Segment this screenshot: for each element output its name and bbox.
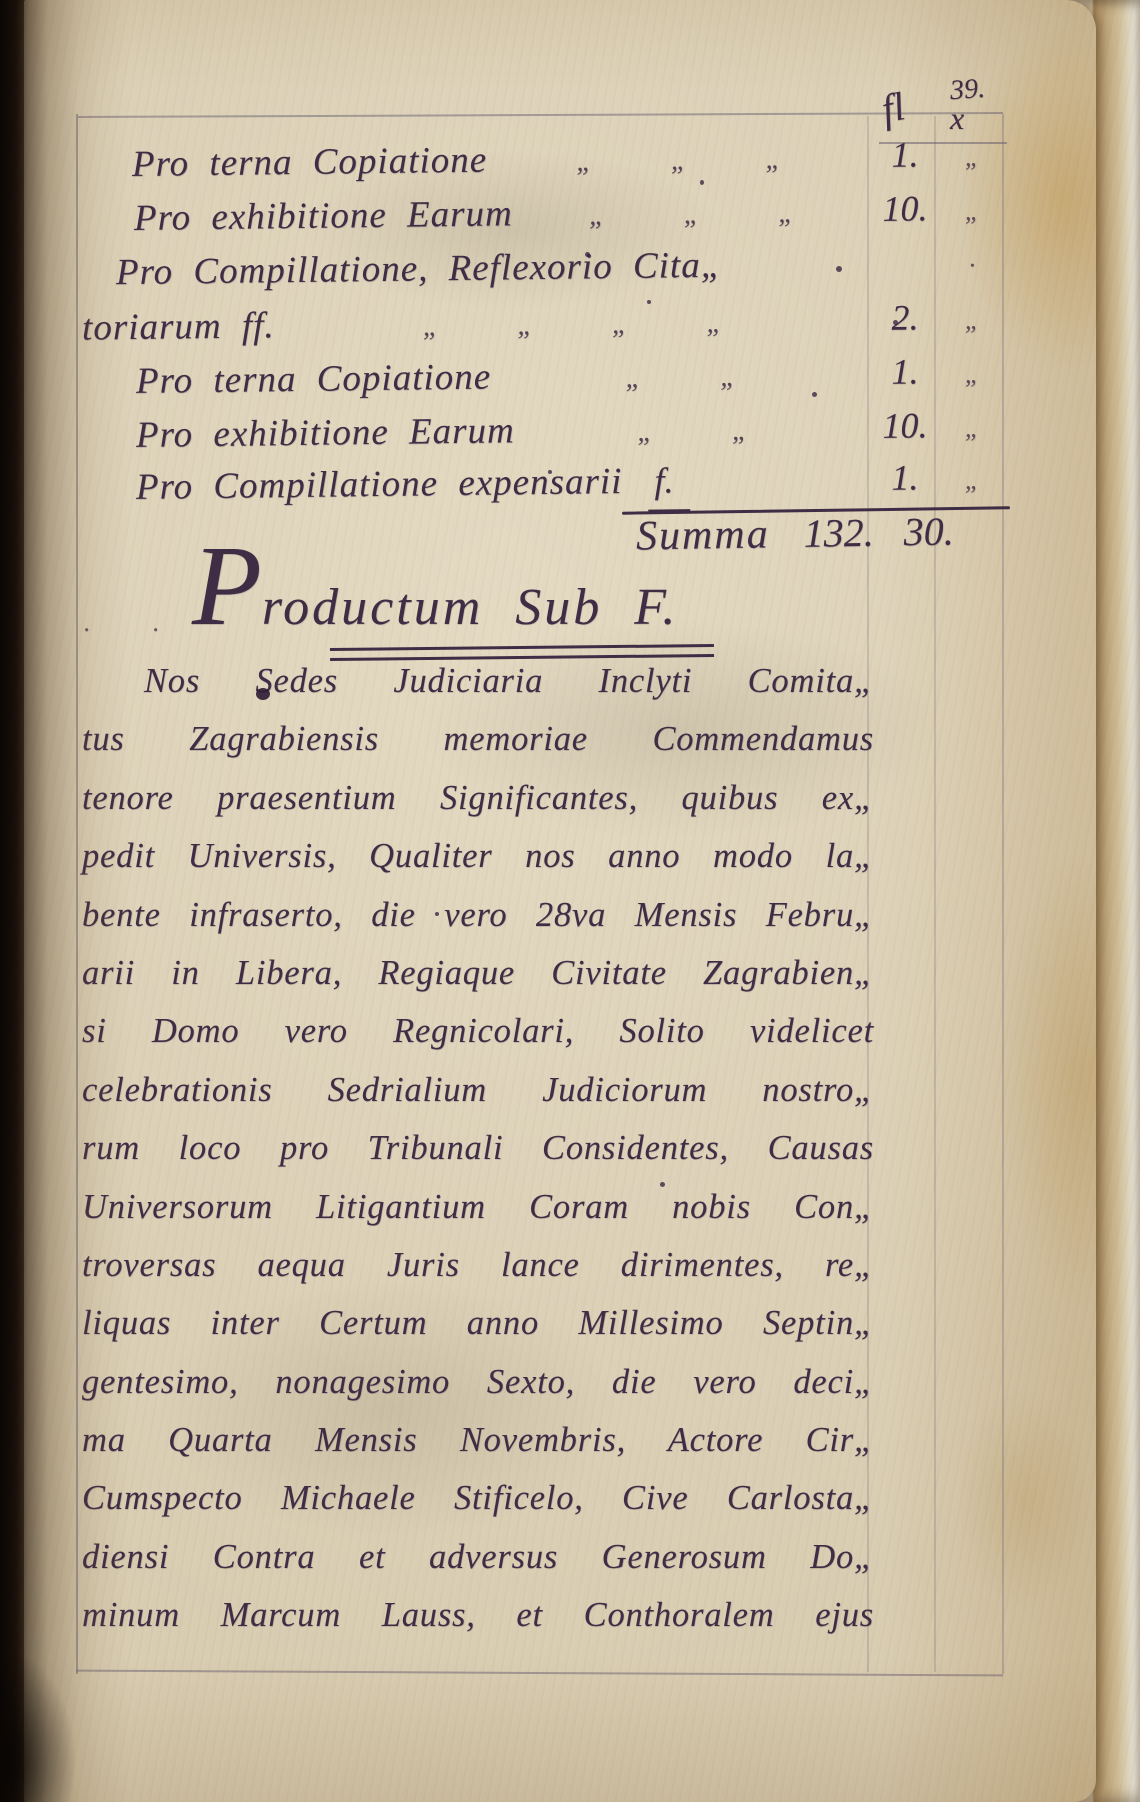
florin-amount: 2. (870, 296, 941, 339)
kreuzer-amount: „ (940, 413, 1004, 444)
kreuzer-amount: „ (940, 196, 1004, 227)
manuscript-line: pedit Universis, Qualiter nos anno modo … (82, 827, 874, 885)
ditto-marks (722, 275, 870, 277)
ink-speck (647, 300, 651, 304)
fee-label: Pro exhibitione Earum (134, 192, 513, 240)
manuscript-line: bente infraserto, die vero 28va Mensis F… (82, 886, 874, 944)
fee-label: toriarum ff. (82, 304, 275, 349)
florin-amount (870, 274, 940, 275)
ditto-marks (690, 490, 870, 492)
ink-speck (435, 912, 439, 916)
ruled-border-right (1002, 114, 1004, 1674)
column-header-kreuzer: x (950, 100, 964, 137)
manuscript-line: liquas inter Certum anno Millesimo Septi… (82, 1294, 874, 1352)
florin-sign: f. (648, 459, 690, 511)
kreuzer-amount: · (940, 250, 1004, 281)
manuscript-line: rum loco pro Tribunali Considentes, Caus… (82, 1119, 874, 1177)
florin-amount: 1. (870, 133, 941, 176)
manuscript-line: ma Quarta Mensis Novembris, Actore Cir„ (82, 1411, 874, 1469)
florin-amount: 10. (870, 187, 941, 230)
manuscript-line: si Domo vero Regnicolari, Solito videlic… (82, 1002, 874, 1060)
fee-label: Pro Compillatione expensarii (136, 460, 623, 509)
fee-label: Pro exhibitione Earum (136, 409, 515, 457)
ditto-marks: „ „ „ „ (275, 306, 871, 345)
ditto-marks: „ „ „ (487, 143, 870, 180)
ink-speck (585, 252, 590, 257)
ditto-marks: „ „ „ (513, 197, 871, 233)
ink-speck (660, 1182, 665, 1187)
ink-speck (700, 180, 704, 185)
kreuzer-amount: „ (940, 465, 1004, 496)
manuscript-line: Cumspecto Michaele Stificelo, Cive Carlo… (82, 1469, 874, 1527)
kreuzer-amount: „ (940, 359, 1004, 390)
manuscript-line: celebrationis Sedrialium Judiciorum nost… (82, 1061, 874, 1119)
manuscript-line: tus Zagrabiensis memoriae Commendamus (82, 710, 874, 768)
manuscript-line: tenore praesentium Significantes, quibus… (82, 769, 874, 827)
summa-kreuzer: 30. (903, 508, 954, 556)
manuscript-line: Nos Sedes Judiciaria Inclyti Comita„ (82, 652, 874, 710)
ink-speck (548, 470, 552, 474)
florin-amount: 10. (870, 404, 941, 447)
manuscript-line: Universorum Litigantium Coram nobis Con„ (82, 1178, 874, 1236)
manuscript-line: troversas aequa Juris lance dirimentes, … (82, 1236, 874, 1294)
ink-blot (256, 688, 270, 700)
florin-amount: 1. (870, 350, 941, 393)
ink-speck (812, 392, 817, 397)
ink-speck (893, 320, 898, 325)
manuscript-line: diensi Contra et adversus Generosum Do„ (82, 1528, 874, 1586)
manuscript-line: arii in Libera, Regiaque Civitate Zagrab… (82, 944, 874, 1002)
fee-label: Pro Compillatione, Reflexorio Cita„ (116, 244, 723, 294)
body-text: Nos Sedes Judiciaria Inclyti Comita„tus … (82, 652, 874, 1645)
ditto-marks: „ „ (515, 414, 871, 450)
section-heading: Productum Sub F. (192, 520, 678, 652)
fee-label: Pro terna Copiatione (136, 356, 492, 403)
margin-dots: . . (84, 608, 188, 638)
kreuzer-amount: „ (940, 305, 1004, 336)
fee-label: Pro terna Copiatione (132, 139, 488, 186)
florin-amount: 1. (870, 456, 941, 499)
manuscript-line: gentesimo, nonagesimo Sexto, die vero de… (82, 1353, 874, 1411)
kreuzer-amount: „ (940, 142, 1004, 173)
manuscript-line: minum Marcum Lauss, et Conthoralem ejus (82, 1586, 874, 1644)
ink-speck (836, 266, 842, 272)
summa-florins: 132. (803, 509, 874, 557)
manuscript-photo: 39. fl x Pro terna Copiatione „ „ „ 1. „… (0, 0, 1140, 1802)
